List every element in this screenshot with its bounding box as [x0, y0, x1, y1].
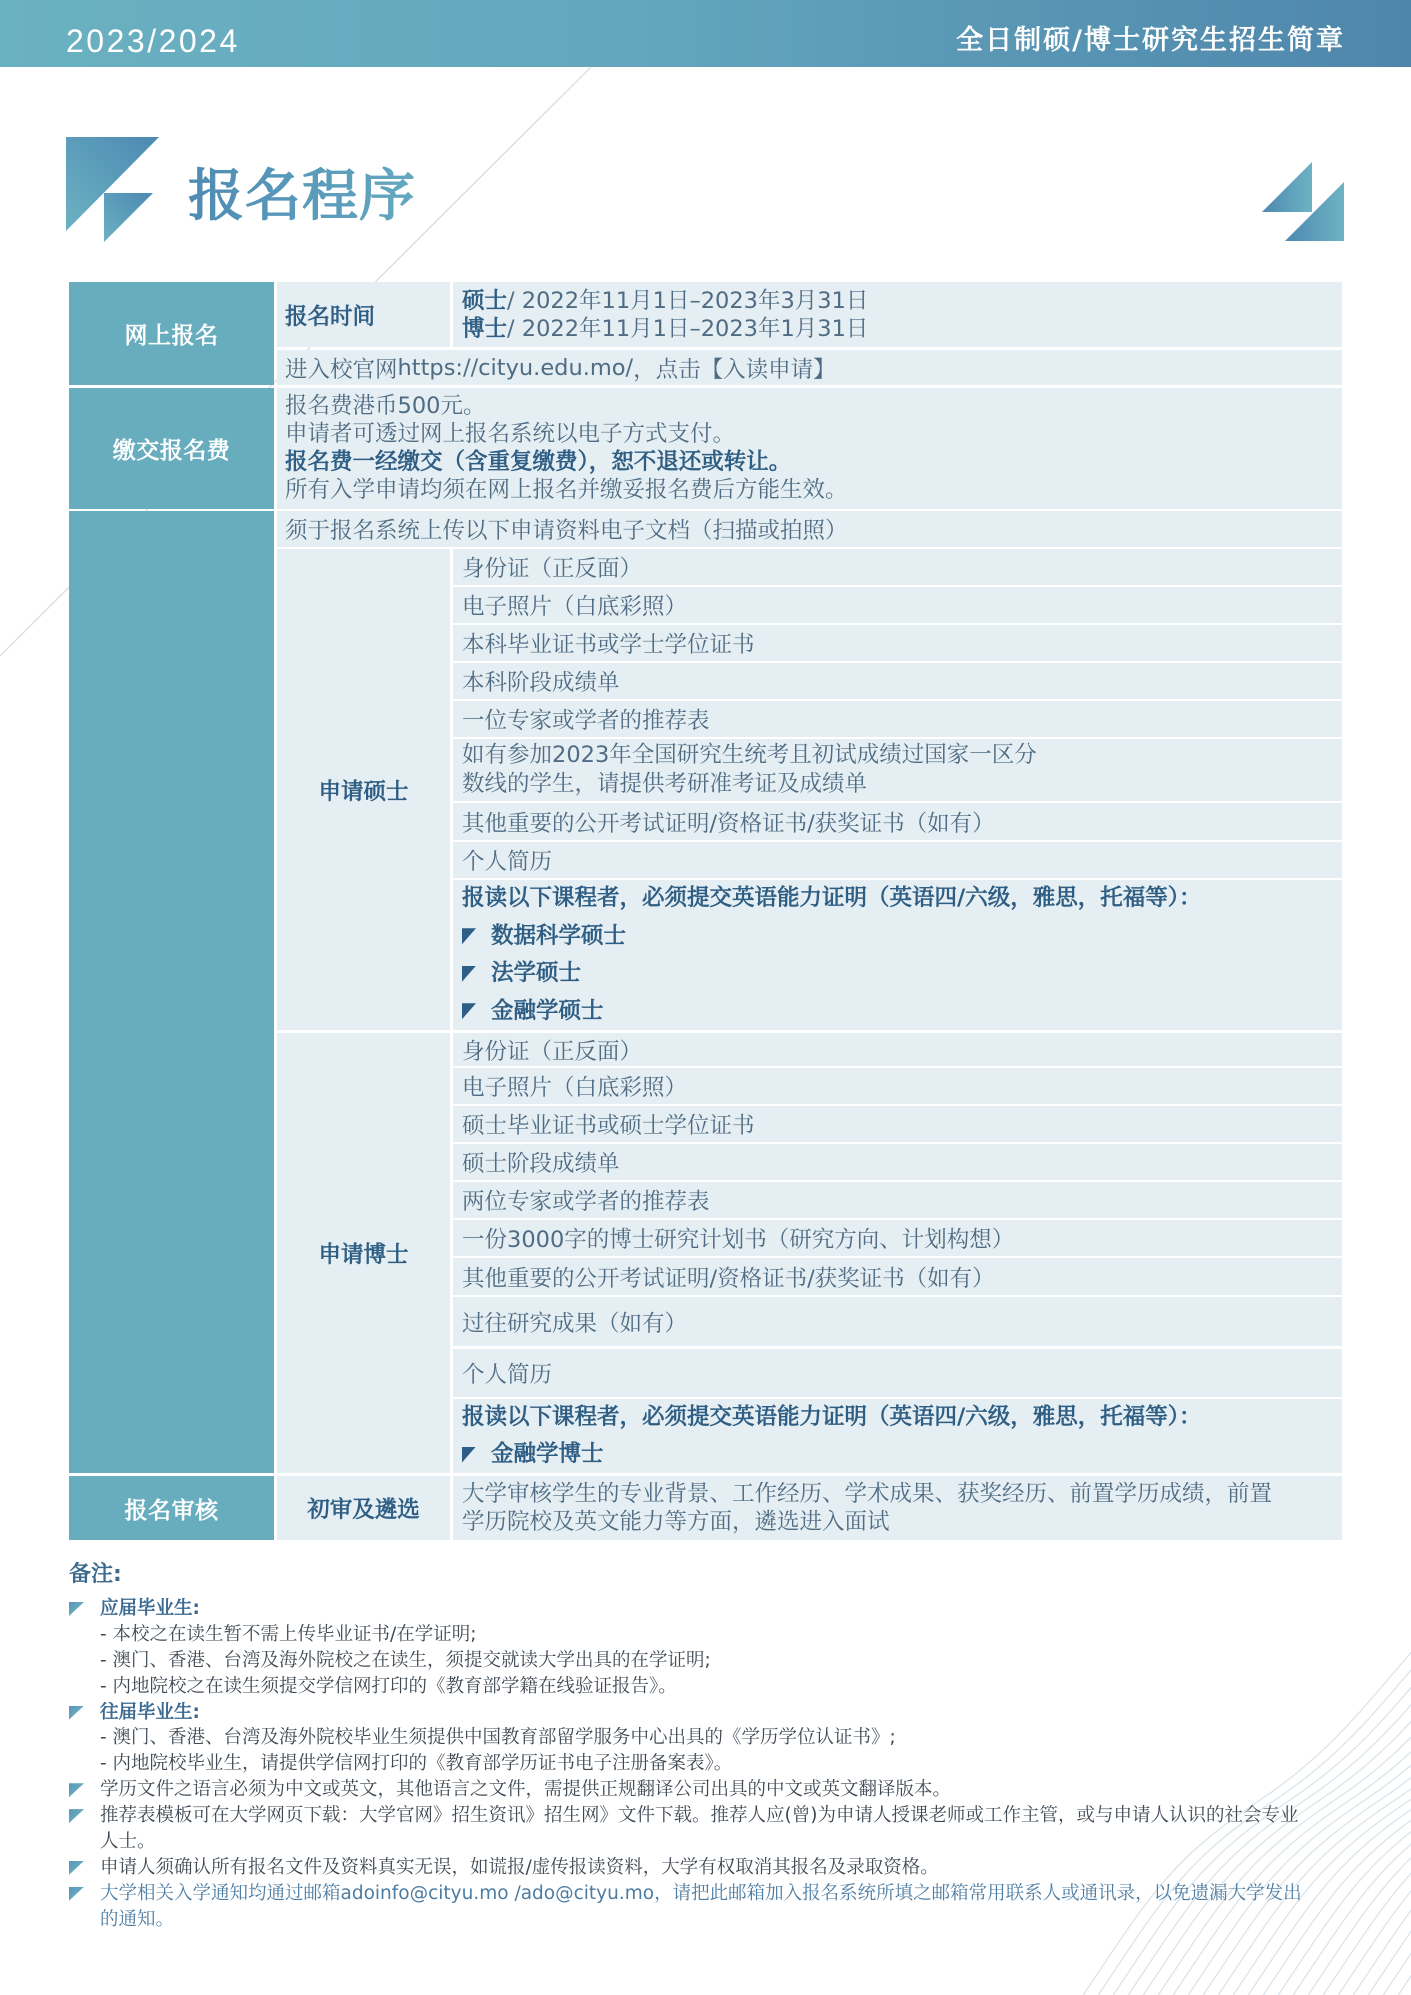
master-doc-item: 本科毕业证书或学士学位证书 — [453, 625, 1342, 661]
doctor-doc-item: 两位专家或学者的推荐表 — [453, 1182, 1342, 1218]
registration-time-label-text: 报名时间 — [285, 299, 375, 331]
note-current-grads-heading: 应届毕业生: — [69, 1596, 1369, 1622]
row-label-documents — [69, 511, 274, 1473]
master-doc-item: 如有参加2023年全国研究生统考且初试成绩过国家一区分 数线的学生，请提供考研准… — [453, 739, 1342, 801]
registration-periods: 硕士/ 2022年11月1日–2023年3月31日 博士/ 2022年11月1日… — [453, 282, 1342, 347]
english-requirement-text: 报读以下课程者，必须提交英语能力证明（英语四/六级，雅思，托福等）： — [462, 1399, 1342, 1436]
doc-item-text: 身份证（正反面） — [462, 1034, 642, 1066]
triangle-bullet-icon — [69, 1783, 84, 1797]
application-entry-instruction: 进入校官网 https://cityu.edu.mo/ ，点击【入读申请】 — [277, 350, 1342, 385]
program-item: 金融学硕士 — [462, 993, 1342, 1031]
master-doc-item: 其他重要的公开考试证明/资格证书/获奖证书（如有） — [453, 803, 1342, 840]
doc-item-text: 如有参加2023年全国研究生统考且初试成绩过国家一区分 — [462, 741, 1342, 770]
note-subline: - 本校之在读生暂不需上传毕业证书/在学证明; — [69, 1622, 1369, 1648]
doctor-english-requirement: 报读以下课程者，必须提交英语能力证明（英语四/六级，雅思，托福等）： 金融学博士 — [453, 1399, 1342, 1473]
note-subline: - 内地院校毕业生，请提供学信网打印的《教育部学历证书电子注册备案表》。 — [69, 1751, 1369, 1777]
period-degree: 硕士 — [462, 288, 507, 314]
doc-item-text: 电子照片（白底彩照） — [462, 589, 687, 621]
triangle-bullet-icon — [462, 966, 476, 982]
triangle-bullet-icon — [462, 1447, 476, 1463]
review-description-line: 大学审核学生的专业背景、工作经历、学术成果、获奖经历、前置学历成绩，前置 — [462, 1480, 1342, 1508]
doc-item-text: 个人简历 — [462, 844, 552, 876]
doctor-doc-item: 一份3000字的博士研究计划书（研究方向、计划构想） — [453, 1220, 1342, 1256]
note-recommendation: 推荐表模板可在大学网页下载：大学官网》招生资讯》招生网》文件下载。推荐人应(曾)… — [69, 1803, 1369, 1829]
fee-amount: 报名费港币500元。 — [285, 392, 1342, 420]
english-requirement-text: 报读以下课程者，必须提交英语能力证明（英语四/六级，雅思，托福等）： — [462, 880, 1342, 918]
doctor-doc-item: 硕士毕业证书或硕士学位证书 — [453, 1106, 1342, 1142]
master-doc-item: 一位专家或学者的推荐表 — [453, 701, 1342, 737]
note-continuation: 人士。 — [69, 1829, 1369, 1855]
program-item: 数据科学硕士 — [462, 918, 1342, 956]
doc-item-text: 数线的学生，请提供考研准考证及成绩单 — [462, 770, 1342, 799]
review-stage-label-text: 初审及遴选 — [307, 1492, 420, 1524]
entry-prefix: 进入校官网 — [285, 352, 398, 384]
triangle-bullet-icon — [69, 1887, 84, 1901]
doc-item-text: 本科阶段成绩单 — [462, 665, 620, 697]
note-language: 学历文件之语言必须为中文或英文，其他语言之文件，需提供正规翻译公司出具的中文或英… — [69, 1777, 1369, 1803]
master-doc-item: 本科阶段成绩单 — [453, 663, 1342, 699]
doctor-doc-item: 硕士阶段成绩单 — [453, 1144, 1342, 1180]
period-range: / 2022年11月1日–2023年3月31日 — [507, 288, 868, 314]
note-subline: - 内地院校之在读生须提交学信网打印的《教育部学籍在线验证报告》。 — [69, 1674, 1369, 1700]
period-range: / 2022年11月1日–2023年1月31日 — [507, 316, 868, 342]
triangle-bullet-icon — [69, 1706, 84, 1720]
row-label-text: 缴交报名费 — [113, 432, 231, 465]
corner-logo-icon — [1255, 158, 1350, 248]
doc-item-text: 硕士阶段成绩单 — [462, 1146, 620, 1178]
doc-item-text: 硕士毕业证书或硕士学位证书 — [462, 1108, 755, 1140]
entry-suffix: ，点击【入读申请】 — [633, 352, 836, 384]
doc-item-text: 电子照片（白底彩照） — [462, 1070, 687, 1102]
master-doc-item: 个人简历 — [453, 842, 1342, 878]
admission-email-link[interactable]: adoinfo@cityu.mo — [341, 1883, 509, 1904]
doctor-doc-item: 过往研究成果（如有） — [453, 1297, 1342, 1346]
fee-validity-notice: 所有入学申请均须在网上报名并缴妥报名费后方能生效。 — [285, 476, 1342, 504]
period-master: 硕士/ 2022年11月1日–2023年3月31日 — [462, 287, 1342, 315]
header-bar: 2023/2024 全日制硕/博士研究生招生简章 — [0, 0, 1411, 67]
note-continuation: 的通知。 — [69, 1907, 1369, 1933]
doc-item-text: 本科毕业证书或学士学位证书 — [462, 627, 755, 659]
notes-title: 备注: — [69, 1561, 122, 1589]
application-fee-details: 报名费港币500元。 申请者可透过网上报名系统以电子方式支付。 报名费一经缴交（… — [277, 388, 1342, 509]
review-description-line: 学历院校及英文能力等方面，遴选进入面试 — [462, 1508, 1342, 1536]
doc-item-text: 其他重要的公开考试证明/资格证书/获奖证书（如有） — [462, 806, 995, 838]
note-subline: - 澳门、香港、台湾及海外院校之在读生，须提交就读大学出具的在学证明; — [69, 1648, 1369, 1674]
row-label-application-fee: 缴交报名费 — [69, 388, 274, 509]
doctor-doc-item: 电子照片（白底彩照） — [453, 1068, 1342, 1104]
triangle-bullet-icon — [69, 1809, 84, 1823]
period-degree: 博士 — [462, 316, 507, 342]
note-heading: 应届毕业生: — [100, 1598, 200, 1619]
note-text: 申请人须确认所有报名文件及资料真实无误，如谎报/虚传报读资料，大学有权取消其报名… — [100, 1857, 939, 1878]
note-text: 推荐表模板可在大学网页下载：大学官网》招生资讯》招生网》文件下载。推荐人应(曾)… — [100, 1805, 1298, 1826]
row-label-text: 网上报名 — [125, 317, 219, 350]
university-website-link[interactable]: https://cityu.edu.mo/ — [398, 355, 634, 381]
master-application-label-text: 申请硕士 — [318, 774, 408, 806]
doc-item-text: 身份证（正反面） — [462, 551, 642, 583]
note-heading: 往届毕业生: — [100, 1702, 200, 1723]
doc-item-text: 一位专家或学者的推荐表 — [462, 703, 710, 735]
row-label-online-registration: 网上报名 — [69, 282, 274, 385]
notes-list: 应届毕业生: - 本校之在读生暂不需上传毕业证书/在学证明; - 澳门、香港、台… — [69, 1596, 1369, 1933]
triangle-bullet-icon — [69, 1602, 84, 1616]
doc-item-text: 其他重要的公开考试证明/资格证书/获奖证书（如有） — [462, 1261, 995, 1293]
doc-item-text: 一份3000字的博士研究计划书（研究方向、计划构想） — [462, 1222, 1014, 1254]
note-email-notice: 大学相关入学通知均通过邮箱adoinfo@cityu.mo /ado@cityu… — [69, 1881, 1369, 1907]
program-item: 法学硕士 — [462, 955, 1342, 993]
master-english-requirement: 报读以下课程者，必须提交英语能力证明（英语四/六级，雅思，托福等）： 数据科学硕… — [453, 880, 1342, 1030]
registration-time-label: 报名时间 — [277, 282, 450, 347]
fee-payment-method: 申请者可透过网上报名系统以电子方式支付。 — [285, 420, 1342, 448]
note-truthfulness: 申请人须确认所有报名文件及资料真实无误，如谎报/虚传报读资料，大学有权取消其报名… — [69, 1855, 1369, 1881]
program-name: 法学硕士 — [491, 955, 581, 993]
section-logo-icon — [60, 130, 170, 250]
row-label-application-review: 报名审核 — [69, 1476, 274, 1540]
period-doctor: 博士/ 2022年11月1日–2023年1月31日 — [462, 315, 1342, 343]
triangle-bullet-icon — [462, 928, 476, 944]
review-stage-label: 初审及遴选 — [277, 1476, 450, 1540]
doctor-application-label: 申请博士 — [277, 1033, 450, 1473]
doc-item-text: 个人简历 — [462, 1357, 552, 1389]
email-separator: / — [509, 1883, 521, 1904]
master-application-label: 申请硕士 — [277, 549, 450, 1030]
note-text: ，请把此邮箱加入报名系统所填之邮箱常用联系人或通讯录，以免遗漏大学发出 — [654, 1883, 1302, 1904]
row-label-text: 报名审核 — [125, 1492, 219, 1525]
doc-item-text: 两位专家或学者的推荐表 — [462, 1184, 710, 1216]
doctor-doc-item: 身份证（正反面） — [453, 1033, 1342, 1066]
review-description: 大学审核学生的专业背景、工作经历、学术成果、获奖经历、前置学历成绩，前置 学历院… — [453, 1476, 1342, 1540]
note-subline: - 澳门、香港、台湾及海外院校毕业生须提供中国教育部留学服务中心出具的《学历学位… — [69, 1725, 1369, 1751]
program-name: 金融学硕士 — [491, 993, 604, 1031]
doctor-doc-item: 其他重要的公开考试证明/资格证书/获奖证书（如有） — [453, 1258, 1342, 1295]
program-name: 金融学博士 — [491, 1436, 604, 1473]
academic-year: 2023/2024 — [66, 20, 240, 62]
program-name: 数据科学硕士 — [491, 918, 626, 956]
triangle-bullet-icon — [462, 1003, 476, 1019]
program-item: 金融学博士 — [462, 1436, 1342, 1473]
note-text: 学历文件之语言必须为中文或英文，其他语言之文件，需提供正规翻译公司出具的中文或英… — [100, 1779, 951, 1800]
documents-intro-text: 须于报名系统上传以下申请资料电子文档（扫描或拍照） — [285, 513, 848, 545]
doctor-application-label-text: 申请博士 — [318, 1237, 408, 1269]
master-doc-item: 电子照片（白底彩照） — [453, 587, 1342, 623]
page-title: 报名程序 — [188, 164, 416, 230]
admission-email-link[interactable]: ado@cityu.mo — [521, 1883, 654, 1904]
brochure-title: 全日制硕/博士研究生招生简章 — [956, 20, 1345, 62]
triangle-bullet-icon — [69, 1861, 84, 1875]
note-past-grads-heading: 往届毕业生: — [69, 1700, 1369, 1726]
doctor-doc-item: 个人简历 — [453, 1349, 1342, 1397]
fee-non-refundable-notice: 报名费一经缴交（含重复缴费），恕不退还或转让。 — [285, 448, 1342, 476]
doc-item-text: 过往研究成果（如有） — [462, 1306, 687, 1338]
documents-intro: 须于报名系统上传以下申请资料电子文档（扫描或拍照） — [277, 511, 1342, 547]
master-doc-item: 身份证（正反面） — [453, 549, 1342, 585]
note-text: 大学相关入学通知均通过邮箱 — [100, 1883, 341, 1904]
